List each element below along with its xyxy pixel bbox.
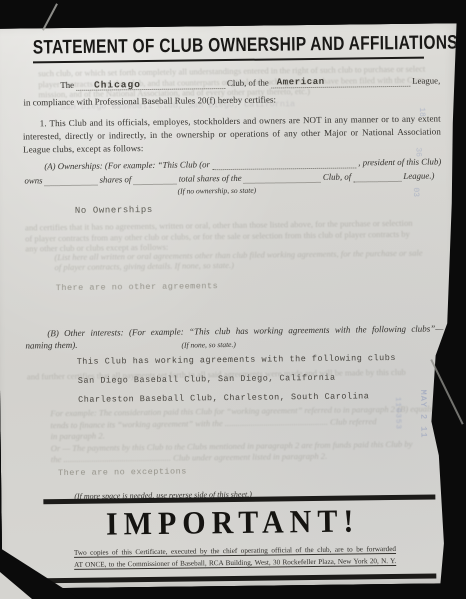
league-end-word: League.): [403, 170, 434, 181]
crease-line: [430, 359, 463, 424]
ghost-example: For example: The consideration paid this…: [50, 403, 449, 466]
date-stamp-vertical: MAY 2 11: [418, 390, 429, 452]
document-paper: such club, or which set forth completely…: [0, 23, 464, 589]
typed-working-agreements: This Club has working agreements with th…: [77, 353, 396, 367]
section-b-line2: naming them).: [25, 339, 77, 353]
page-title: STATEMENT OF CLUB OWNERSHIP AND AFFILIAT…: [33, 33, 424, 60]
owns-word: owns: [24, 175, 42, 186]
clause-1: 1. This Club and its officials, employes…: [23, 112, 441, 156]
league-name-value: American: [277, 77, 325, 89]
photo-of-document: such club, or which set forth completely…: [0, 0, 466, 599]
shares-of-blank: [133, 175, 177, 186]
club-name-blank: Chicago: [76, 79, 225, 91]
intro-league-word: League,: [412, 75, 440, 86]
club-of-word: Club, of: [323, 172, 351, 183]
stamp-mark-3: 03: [411, 187, 420, 197]
club-of-blank: [353, 172, 401, 183]
ghost-typed-no-agreements: There are no other agreements: [56, 281, 219, 293]
total-shares-blank: [244, 173, 321, 184]
total-shares-word: total shares of the: [179, 173, 242, 185]
pen-mark: [42, 3, 58, 30]
important-bottom-bar: [44, 573, 436, 582]
footer-line-1: Two copies of this Certificate, executed…: [74, 545, 396, 557]
typed-san-diego: San Diego Baseball Club, San Diego, Cali…: [78, 373, 336, 386]
president-blank: [212, 158, 356, 170]
footer-line-2: AT ONCE, to the Commissioner of Baseball…: [74, 557, 396, 569]
shares-of-word: shares of: [100, 174, 132, 185]
typed-charleston: Charleston Baseball Club, Charleston, So…: [78, 391, 369, 405]
stamp-mark-1: 18: [417, 107, 426, 117]
important-heading: IMPORTANT!: [1, 502, 463, 544]
intro-the: The: [60, 80, 74, 91]
typed-no-ownerships: No Ownerships: [75, 205, 153, 216]
intro-club-of-the: Club, of the: [227, 78, 269, 90]
section-a-tail: , president of this Club): [358, 156, 441, 168]
ghost-typed-no-exceptions: There are no exceptions: [58, 467, 187, 479]
stamp-mark-2: 36: [413, 147, 422, 157]
shares-blank: [44, 176, 97, 187]
number-stamp-vertical: 110353: [393, 397, 402, 455]
league-name-blank: American: [271, 77, 411, 89]
section-a-label: (A) Ownerships: (For example: “This Club…: [44, 159, 210, 172]
section-a-lead: (A) Ownerships: (For example: “This Club…: [44, 156, 441, 172]
no-ownership-note: (If no ownership, so state): [178, 184, 257, 198]
ghost-list-note: (List here all written or oral agreement…: [54, 247, 446, 272]
section-b-none-note: (If none, so state.): [181, 338, 236, 352]
club-name-value: Chicago: [94, 79, 141, 91]
